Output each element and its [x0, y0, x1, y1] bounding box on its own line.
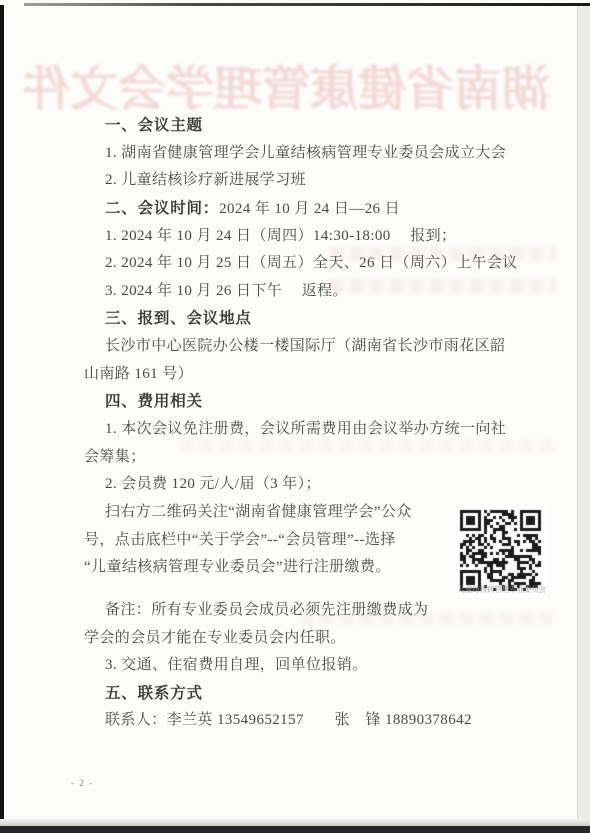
- page-number: - 2 -: [71, 778, 94, 788]
- document-line: 1. 2024 年 10 月 24 日（周四）14:30-18:00 报到；: [84, 223, 550, 251]
- document-line: 3. 交通、住宿费用自理，回单位报销。: [84, 652, 550, 680]
- document-line: 2. 会员费 120 元/人/届（3 年）；: [84, 471, 550, 499]
- document-line: 联系人：李兰英 13549652157 张 锋 18890378642: [84, 707, 550, 735]
- document-line: 2. 儿童结核诊疗新进展学习班: [84, 167, 550, 195]
- scan-edge-left: [0, 5, 4, 833]
- document-line: 备注：所有专业委员会成员必须先注册缴费成为: [84, 597, 550, 625]
- document-body: 一、会议主题1. 湖南省健康管理学会儿童结核病管理专业委员会成立大会2. 儿童结…: [84, 112, 550, 735]
- document-line: 会筹集；: [84, 444, 550, 472]
- scan-edge-bottom: [0, 826, 590, 833]
- document-line: 山南路 161 号）: [84, 361, 550, 389]
- section-heading: 四、费用相关: [84, 388, 550, 416]
- section-heading: 一、会议主题: [84, 112, 550, 140]
- document-line: 1. 本次会议免注册费，会议所需费用由会议举办方统一向社: [84, 416, 550, 444]
- heading-segment: 二、会议时间：: [105, 200, 219, 217]
- qr-caption: 儿童结核病管理专业委员会: [450, 584, 553, 595]
- heading-value: 2024 年 10 月 24 日—26 日: [219, 201, 400, 217]
- document-line: 长沙市中心医院办公楼一楼国际厅（湖南省长沙市雨花区韶: [84, 333, 550, 361]
- section-heading: 五、联系方式: [84, 680, 550, 708]
- document-line: 二、会议时间：2024 年 10 月 24 日—26 日: [84, 195, 550, 223]
- document-line: 学会的会员才能在专业委员会内任职。: [84, 625, 550, 653]
- document-line: 3. 2024 年 10 月 26 日下午 返程。: [84, 278, 550, 306]
- scan-edge-right: [577, 6, 590, 826]
- document-line: 1. 湖南省健康管理学会儿童结核病管理专业委员会成立大会: [84, 140, 550, 168]
- scan-edge-top: [24, 3, 590, 6]
- document-line: 2. 2024 年 10 月 25 日（周五）全天、26 日（周六）上午会议: [84, 250, 550, 278]
- section-heading: 三、报到、会议地点: [84, 305, 550, 333]
